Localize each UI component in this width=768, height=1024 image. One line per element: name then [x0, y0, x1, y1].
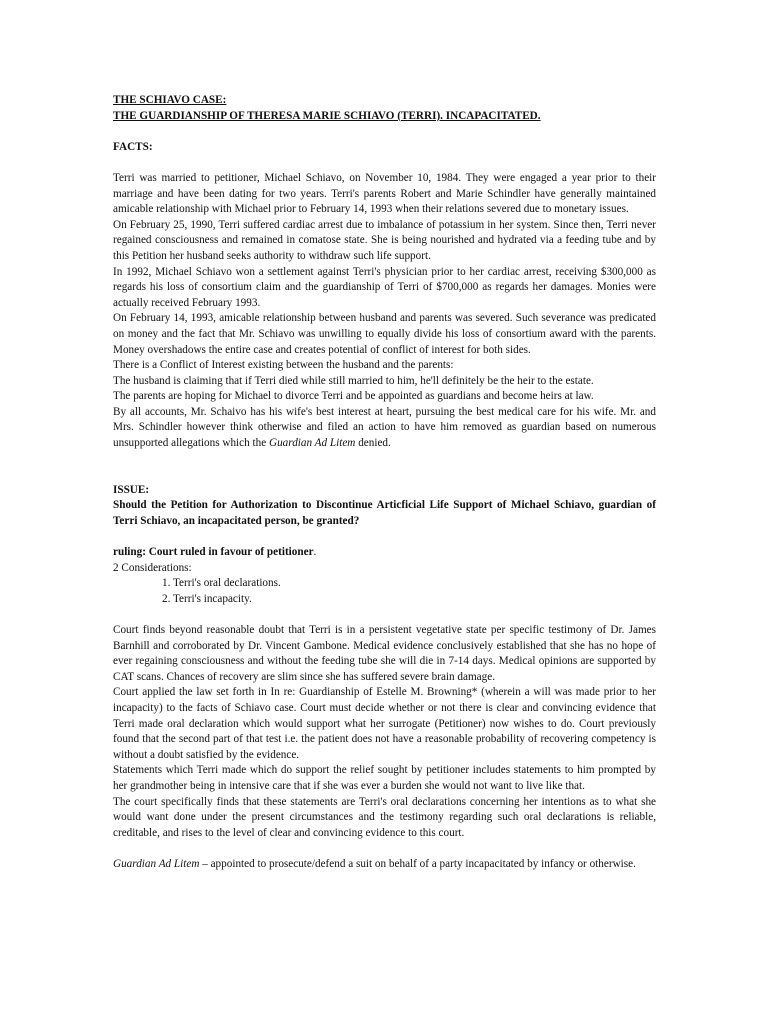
facts-paragraph: On February 14, 1993, amicable relations…	[113, 311, 656, 358]
document-title-line-2: THE GUARDIANSHIP OF THERESA MARIE SCHIAV…	[113, 109, 656, 125]
footnote-definition: Guardian Ad Litem – appointed to prosecu…	[113, 857, 656, 873]
ruling-label: ruling: Court ruled in favour of petitio…	[113, 546, 314, 558]
facts-section: Terri was married to petitioner, Michael…	[113, 171, 656, 452]
ruling-paragraph: The court specifically finds that these …	[113, 795, 656, 842]
ruling-line: ruling: Court ruled in favour of petitio…	[113, 545, 656, 561]
document-page: THE SCHIAVO CASE: THE GUARDIANSHIP OF TH…	[113, 93, 656, 873]
facts-paragraph: On February 25, 1990, Terri suffered car…	[113, 218, 656, 265]
footnote-term: Guardian Ad Litem	[113, 858, 199, 870]
ruling-suffix: .	[314, 546, 317, 558]
issue-question: Should the Petition for Authorization to…	[113, 498, 656, 529]
ruling-paragraph: Court finds beyond reasonable doubt that…	[113, 623, 656, 685]
facts-text: denied.	[355, 437, 390, 449]
facts-paragraph: The parents are hoping for Michael to di…	[113, 389, 656, 405]
footnote-text: – appointed to prosecute/defend a suit o…	[199, 858, 635, 870]
ruling-section: ruling: Court ruled in favour of petitio…	[113, 545, 656, 841]
issue-heading: ISSUE:	[113, 483, 656, 499]
ruling-paragraph: Court applied the law set forth in In re…	[113, 685, 656, 763]
consideration-item: 1. Terri's oral declarations.	[162, 576, 656, 592]
facts-paragraph: The husband is claiming that if Terri di…	[113, 374, 656, 390]
facts-paragraph: By all accounts, Mr. Schaivo has his wif…	[113, 405, 656, 452]
facts-paragraph: There is a Conflict of Interest existing…	[113, 358, 656, 374]
ruling-paragraph: Statements which Terri made which do sup…	[113, 763, 656, 794]
facts-paragraph: Terri was married to petitioner, Michael…	[113, 171, 656, 218]
document-title-line-1: THE SCHIAVO CASE:	[113, 93, 656, 109]
issue-section: ISSUE: Should the Petition for Authoriza…	[113, 483, 656, 530]
facts-paragraph: In 1992, Michael Schiavo won a settlemen…	[113, 265, 656, 312]
facts-heading: FACTS:	[113, 140, 656, 156]
consideration-item: 2. Terri's incapacity.	[162, 592, 656, 608]
considerations-intro: 2 Considerations:	[113, 561, 656, 577]
guardian-ad-litem-term: Guardian Ad Litem	[269, 437, 355, 449]
considerations-list: 1. Terri's oral declarations. 2. Terri's…	[113, 576, 656, 607]
